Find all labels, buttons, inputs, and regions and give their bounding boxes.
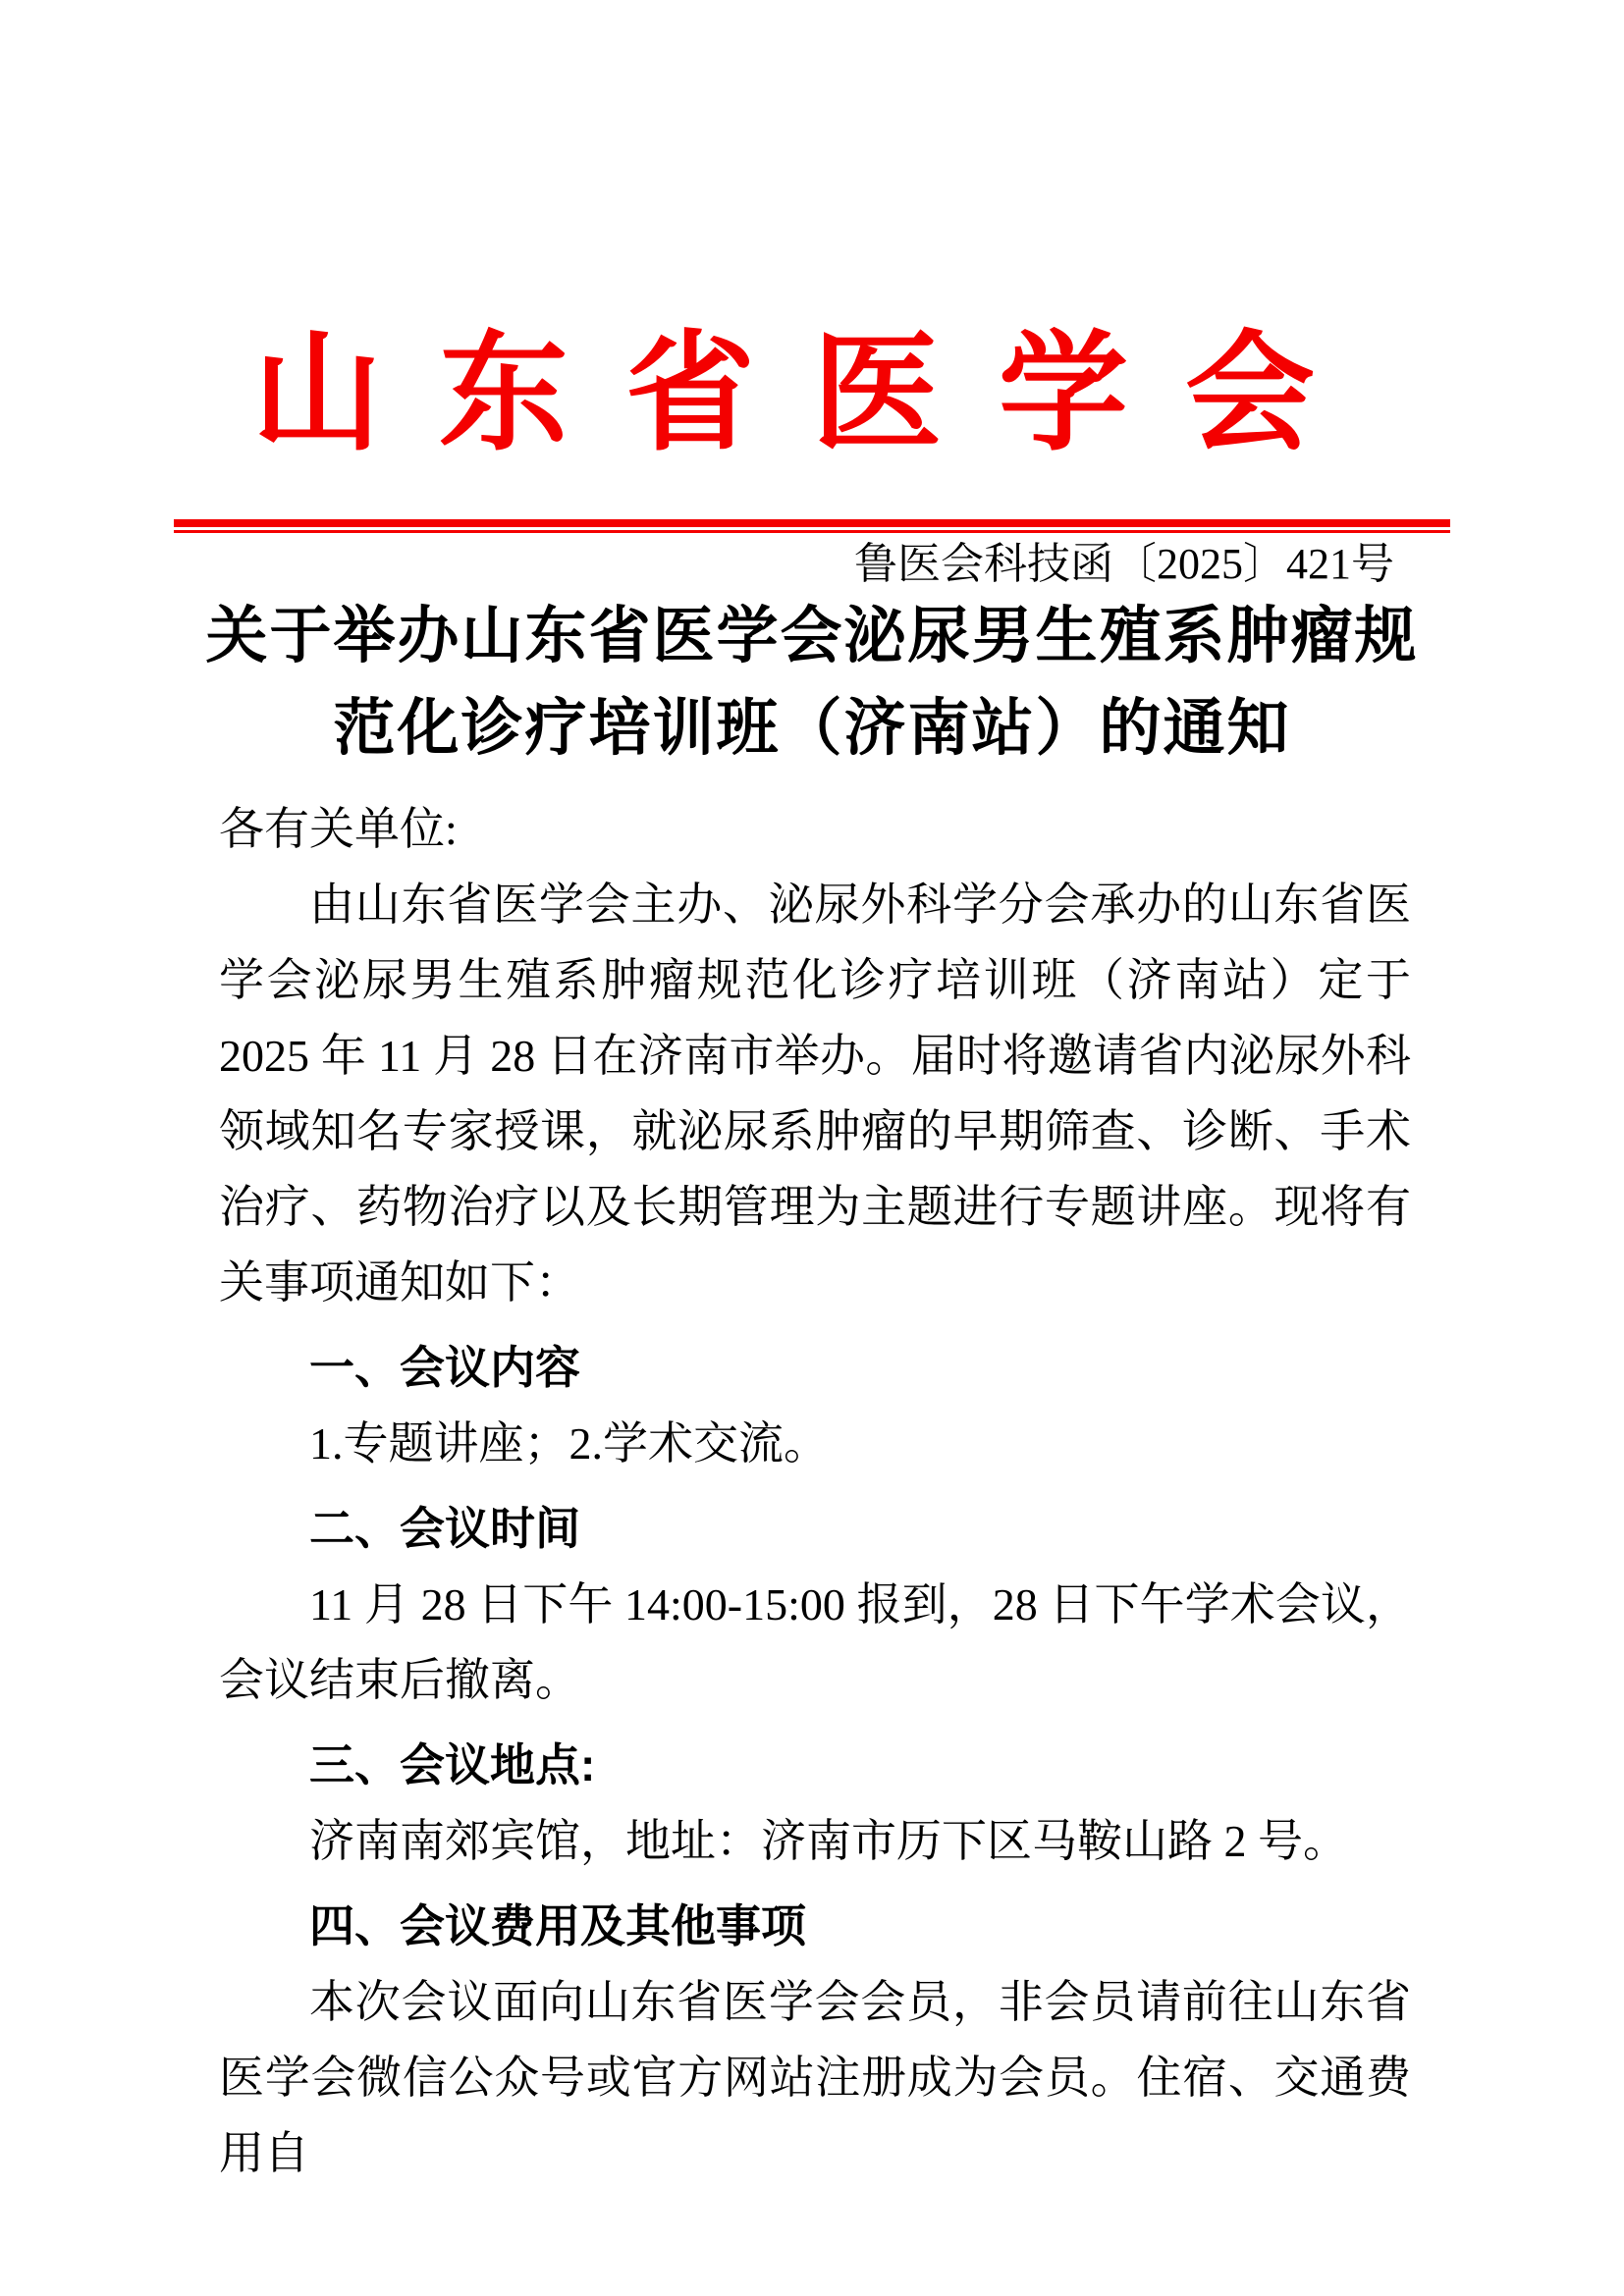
section-text-meeting-time: 11 月 28 日下午 14:00-15:00 报到，28 日下午学术会议，会议… — [219, 1567, 1411, 1718]
doc-body: 各有关单位: 由山东省医学会主办、泌尿外科学分会承办的山东省医学会泌尿男生殖系肿… — [219, 791, 1411, 2191]
section-heading-meeting-fees: 四、会议费用及其他事项 — [219, 1889, 1411, 1964]
notice-document-page: 山东省医学会 鲁医会科技函〔2025〕421号 关于举办山东省医学会泌尿男生殖系… — [0, 0, 1624, 2296]
org-name-letterhead: 山东省医学会 — [0, 324, 1624, 463]
red-divider-thick-line — [174, 519, 1450, 527]
doc-title-line2: 范化诊疗培训班（济南站）的通知 — [0, 682, 1624, 774]
intro-paragraph: 由山东省医学会主办、泌尿外科学分会承办的山东省医学会泌尿男生殖系肿瘤规范化诊疗培… — [219, 867, 1411, 1320]
section-text-meeting-fees: 本次会议面向山东省医学会会员，非会员请前往山东省医学会微信公众号或官方网站注册成… — [219, 1964, 1411, 2191]
salutation: 各有关单位: — [219, 791, 1411, 867]
doc-title-line1: 关于举办山东省医学会泌尿男生殖系肿瘤规 — [0, 590, 1624, 682]
section-heading-meeting-content: 一、会议内容 — [219, 1330, 1411, 1406]
section-text-meeting-content: 1.专题讲座；2.学术交流。 — [219, 1406, 1411, 1481]
red-divider — [174, 519, 1450, 533]
red-divider-thin-line — [174, 530, 1450, 533]
section-heading-meeting-time: 二、会议时间 — [219, 1491, 1411, 1567]
doc-number: 鲁医会科技函〔2025〕421号 — [854, 539, 1394, 590]
doc-title: 关于举办山东省医学会泌尿男生殖系肿瘤规 范化诊疗培训班（济南站）的通知 — [0, 590, 1624, 774]
section-heading-meeting-location: 三、会议地点: — [219, 1728, 1411, 1803]
section-text-meeting-location: 济南南郊宾馆，地址：济南市历下区马鞍山路 2 号。 — [219, 1803, 1411, 1879]
